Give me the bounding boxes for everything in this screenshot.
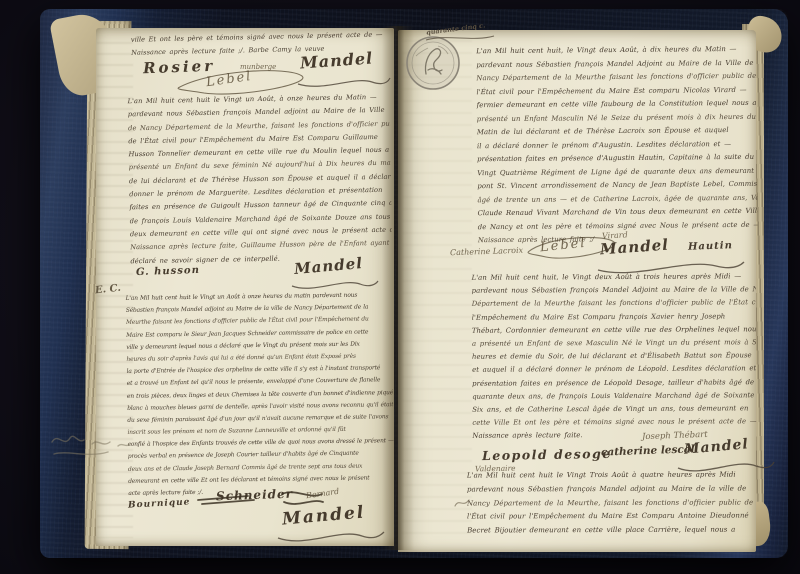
margin-mark-icon: [452, 494, 472, 512]
manuscript-line: quarante deux ans, de françois Louis Val…: [472, 389, 756, 404]
manuscript-line: Département de la Meurthe faisant les fo…: [472, 297, 756, 312]
acte-husson-lines: L'an Mil huit cent huit le Vingt un Août…: [128, 91, 393, 268]
manuscript-line: l'État civil pour l'Empêchement du Maire…: [467, 510, 757, 525]
manuscript-line: présentation faites en présence de Léopo…: [472, 376, 756, 391]
manuscript-line: et auquel il a déclaré donner le prénom …: [472, 363, 756, 378]
acte-becret-lines: L'an Mil huit cent huit le Vingt Trois A…: [467, 468, 757, 538]
manuscript-line: cette Ville Et ont les père et témoins s…: [472, 415, 756, 430]
signature-desoge: Leopold desoge: [482, 446, 612, 463]
ink-underline-icon: [424, 33, 496, 43]
signature-flourish-icon: [276, 528, 386, 548]
signature-flourish-icon: [296, 74, 392, 92]
registry-book-photo: ville Et ont les père et témoins signé a…: [0, 0, 800, 574]
manuscript-line: L'an Mil huit cent huit le Vingt Trois A…: [467, 468, 757, 483]
manuscript-line: Becret Bijoutier demeurant en cette vill…: [467, 524, 757, 539]
manuscript-line: Nancy Département de la Meurthe, faisant…: [467, 496, 757, 511]
pencil-scribble-icon: [48, 424, 134, 466]
acte-thebart-lines: L'an Mil huit cent huit, le Vingt deux A…: [472, 270, 757, 443]
manuscript-line: pardevant nous Sébastien françois Mandel…: [467, 482, 757, 497]
acte-expose-lines: L'an Mil huit cent huit le Vingt un Août…: [126, 289, 395, 500]
acte-virard-lines: L'an Mil huit cent huit, le Vingt deux A…: [476, 43, 758, 248]
signature-hautin: Hautin: [688, 240, 733, 253]
manuscript-line: l'Empêchement du Maire Est Comparu franç…: [472, 310, 756, 325]
signature-husson: G. husson: [136, 265, 200, 278]
